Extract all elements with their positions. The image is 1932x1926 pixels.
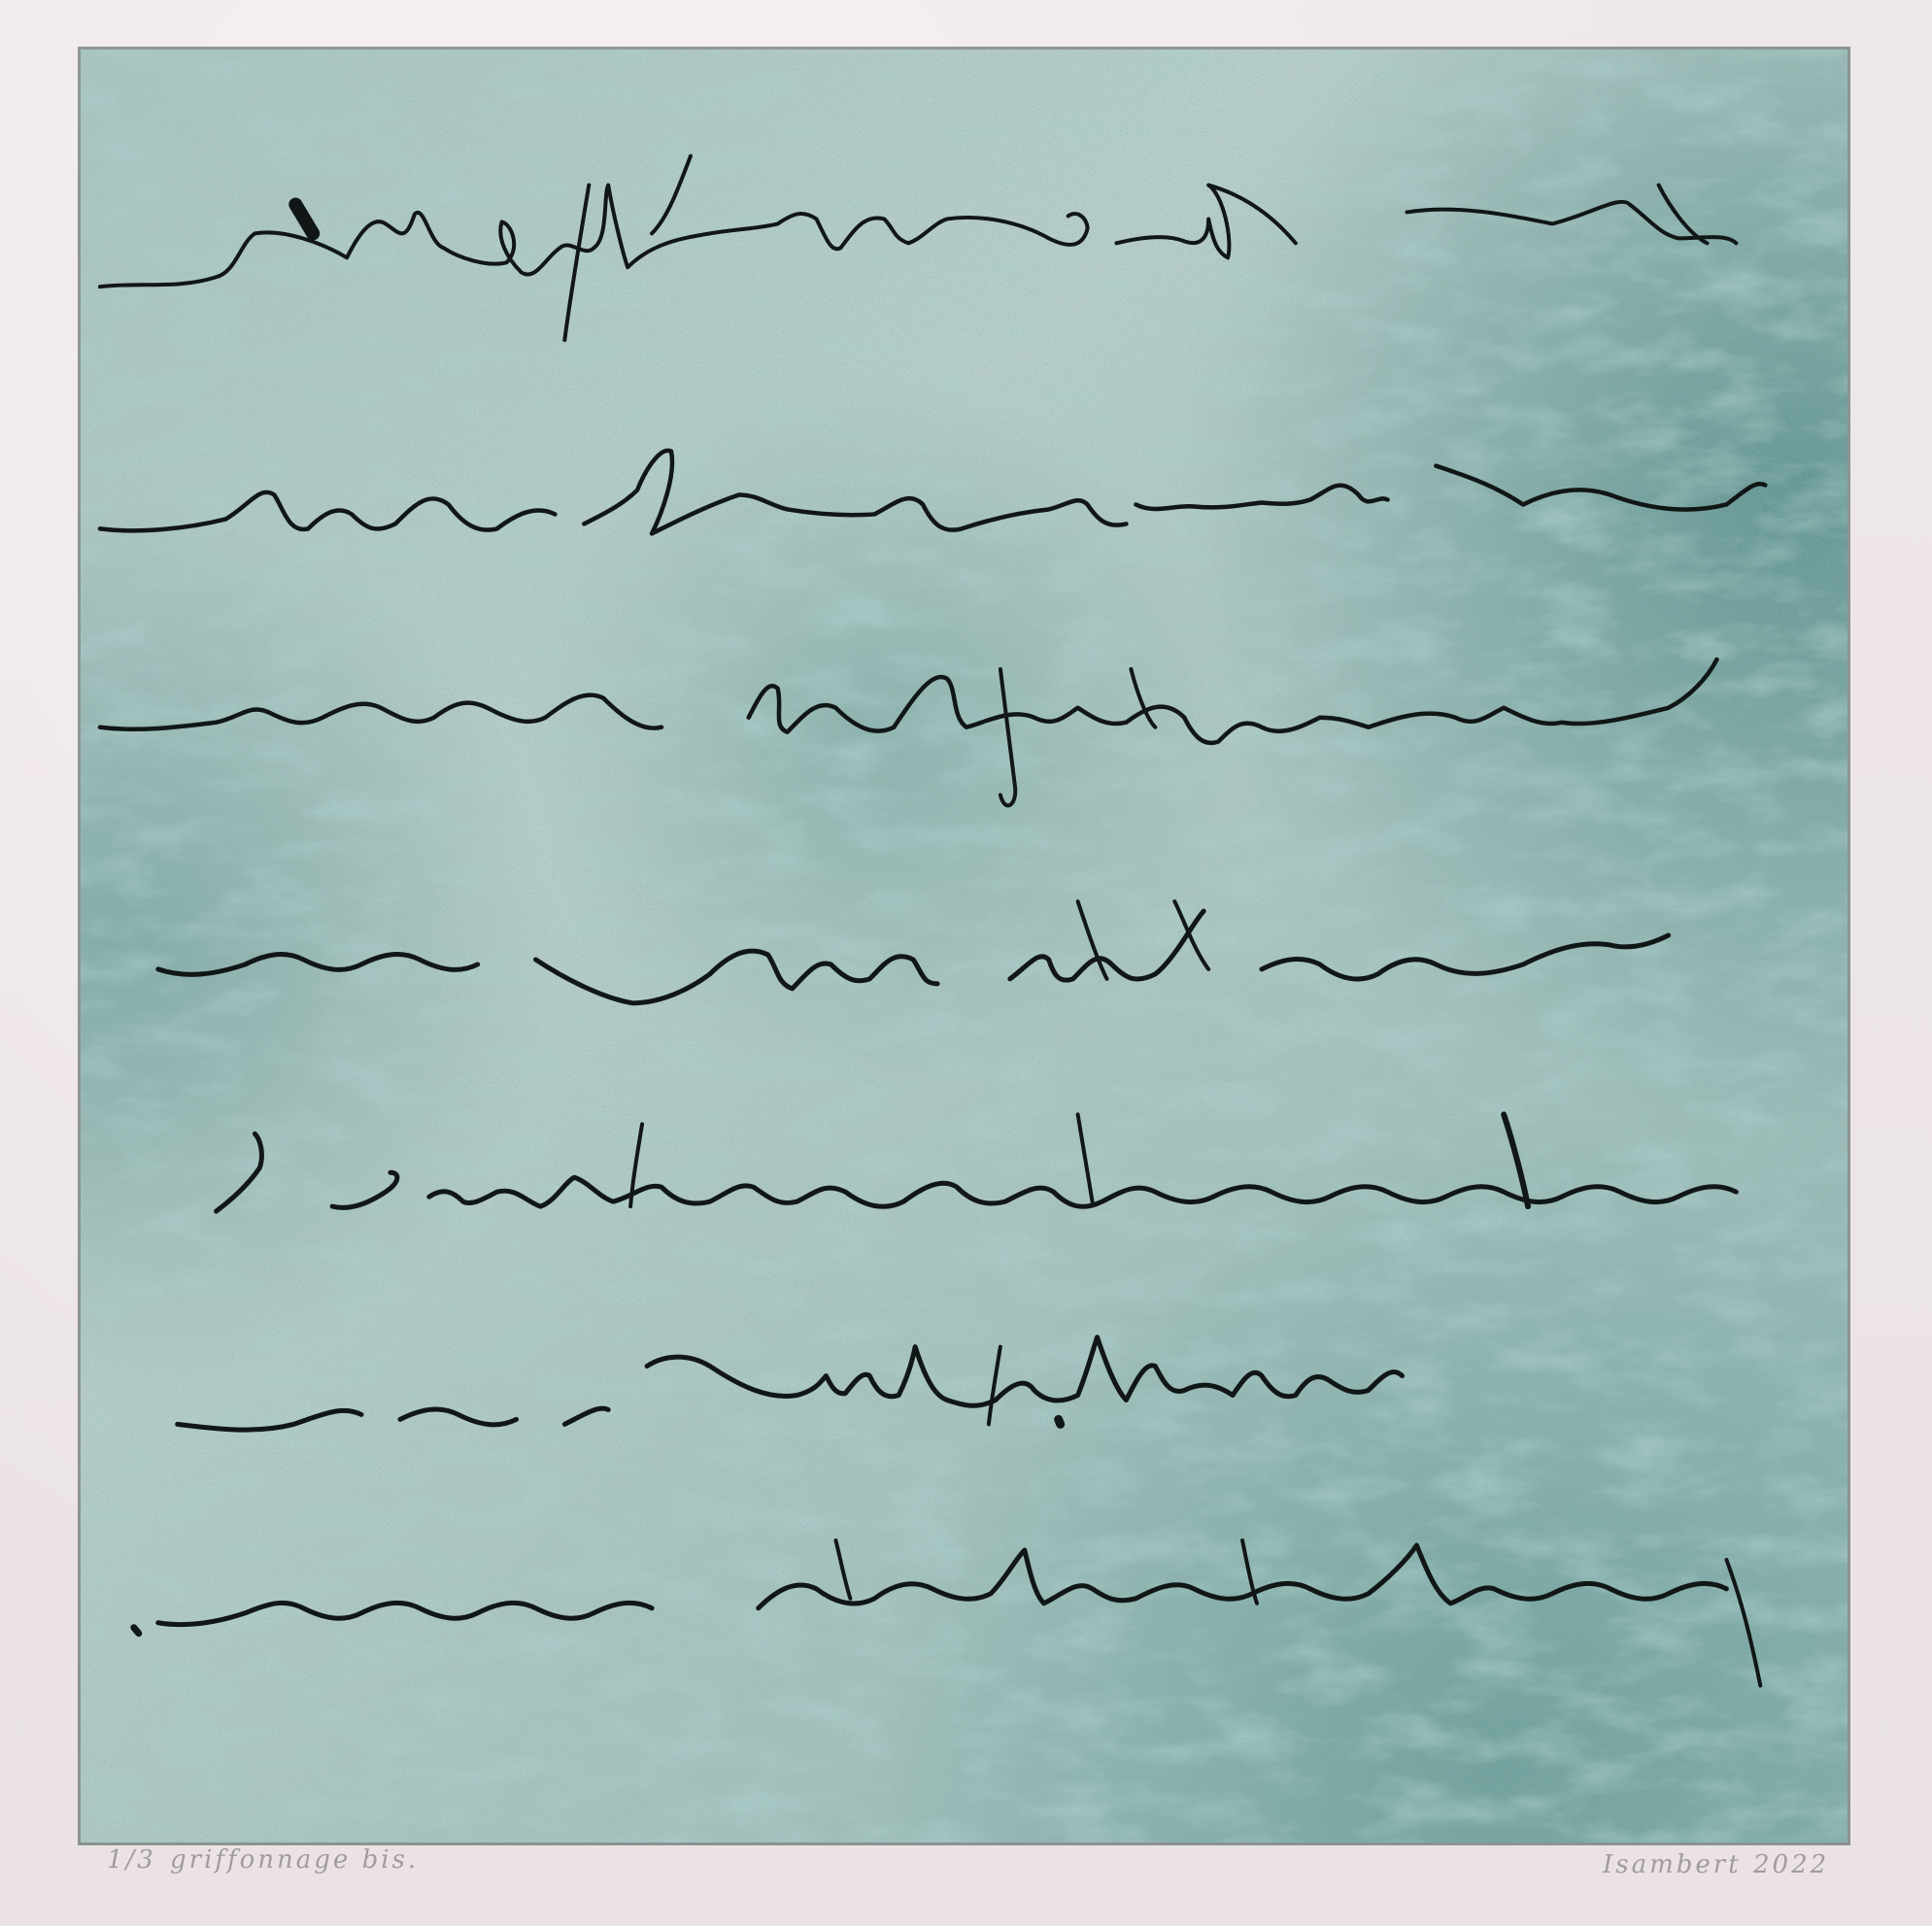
- script-line-7: [158, 1545, 1727, 1625]
- script-line-1: [100, 186, 1736, 287]
- script-line-2: [100, 451, 1765, 533]
- script-line-3: [100, 659, 1717, 743]
- artwork-title: griffonnage bis.: [170, 1845, 419, 1875]
- script-line-4: [158, 911, 1669, 1003]
- asemic-script: [81, 50, 1847, 1842]
- edition-number: 1/3: [107, 1845, 156, 1875]
- artwork-year: 2022: [1753, 1850, 1829, 1879]
- script-line-6: [178, 1337, 1403, 1430]
- script-line-5: [217, 1133, 1737, 1211]
- printed-plate: [78, 47, 1850, 1845]
- artist-signature: Isambert: [1603, 1850, 1742, 1879]
